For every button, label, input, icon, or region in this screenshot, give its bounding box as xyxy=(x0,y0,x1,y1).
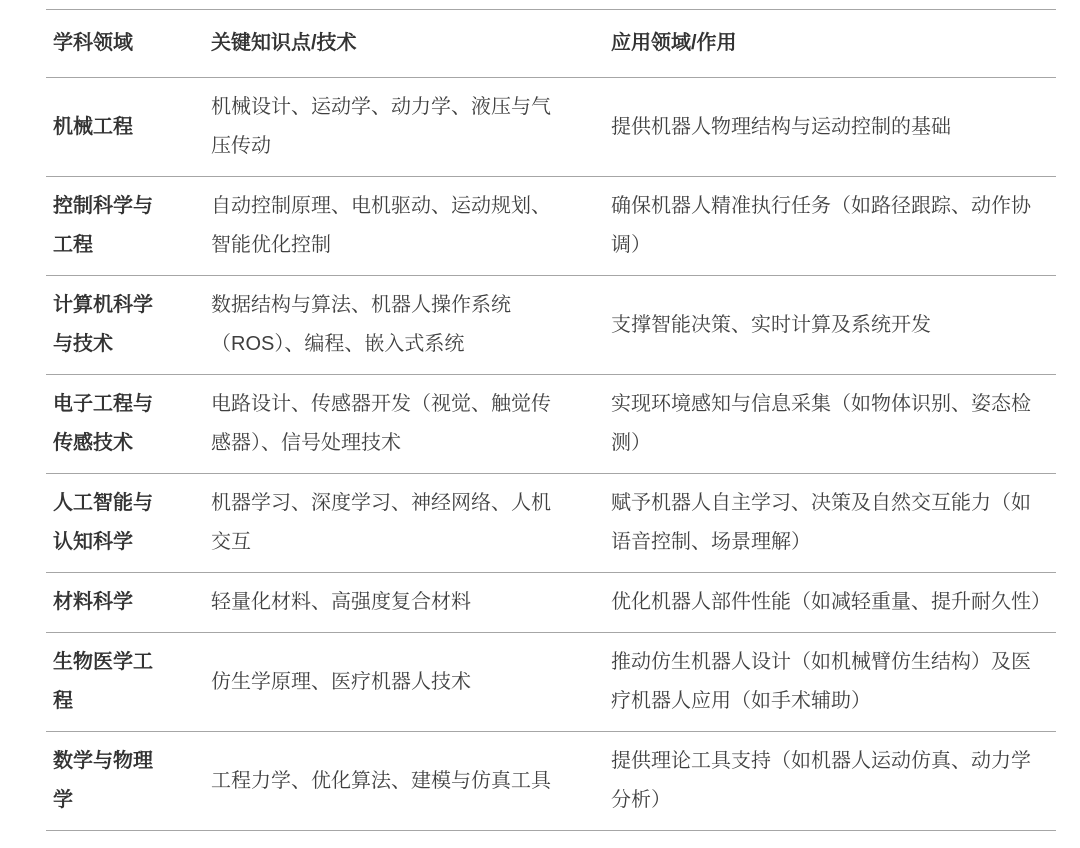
table-header-row: 学科领域 关键知识点/技术 应用领域/作用 xyxy=(46,10,1056,78)
knowledge-cell: 自动控制原理、电机驱动、运动规划、智能优化控制 xyxy=(204,177,604,276)
table-row: 材料科学 轻量化材料、高强度复合材料 优化机器人部件性能（如减轻重量、提升耐久性… xyxy=(46,573,1056,633)
application-cell: 提供理论工具支持（如机器人运动仿真、动力学分析） xyxy=(604,732,1056,831)
page: 学科领域 关键知识点/技术 应用领域/作用 机械工程 机械设计、运动学、动力学、… xyxy=(0,0,1080,848)
knowledge-cell: 数据结构与算法、机器人操作系统（ROS）、编程、嵌入式系统 xyxy=(204,276,604,375)
knowledge-cell: 工程力学、优化算法、建模与仿真工具 xyxy=(204,732,604,831)
column-header-knowledge: 关键知识点/技术 xyxy=(204,10,604,78)
application-cell: 实现环境感知与信息采集（如物体识别、姿态检测） xyxy=(604,375,1056,474)
field-cell: 控制科学与工程 xyxy=(46,177,204,276)
field-cell: 电子工程与传感技术 xyxy=(46,375,204,474)
table-row: 控制科学与工程 自动控制原理、电机驱动、运动规划、智能优化控制 确保机器人精准执… xyxy=(46,177,1056,276)
application-cell: 赋予机器人自主学习、决策及自然交互能力（如语音控制、场景理解） xyxy=(604,474,1056,573)
application-cell: 提供机器人物理结构与运动控制的基础 xyxy=(604,78,1056,177)
application-cell: 支撑智能决策、实时计算及系统开发 xyxy=(604,276,1056,375)
application-cell: 优化机器人部件性能（如减轻重量、提升耐久性） xyxy=(604,573,1056,633)
column-header-field: 学科领域 xyxy=(46,10,204,78)
knowledge-cell: 机器学习、深度学习、神经网络、人机交互 xyxy=(204,474,604,573)
table-row: 电子工程与传感技术 电路设计、传感器开发（视觉、触觉传感器）、信号处理技术 实现… xyxy=(46,375,1056,474)
table-row: 人工智能与认知科学 机器学习、深度学习、神经网络、人机交互 赋予机器人自主学习、… xyxy=(46,474,1056,573)
knowledge-cell: 仿生学原理、医疗机器人技术 xyxy=(204,633,604,732)
field-cell: 机械工程 xyxy=(46,78,204,177)
table-row: 机械工程 机械设计、运动学、动力学、液压与气压传动 提供机器人物理结构与运动控制… xyxy=(46,78,1056,177)
table-row: 数学与物理学 工程力学、优化算法、建模与仿真工具 提供理论工具支持（如机器人运动… xyxy=(46,732,1056,831)
field-cell: 数学与物理学 xyxy=(46,732,204,831)
application-cell: 确保机器人精准执行任务（如路径跟踪、动作协调） xyxy=(604,177,1056,276)
field-cell: 人工智能与认知科学 xyxy=(46,474,204,573)
table-row: 生物医学工程 仿生学原理、医疗机器人技术 推动仿生机器人设计（如机械臂仿生结构）… xyxy=(46,633,1056,732)
knowledge-cell: 电路设计、传感器开发（视觉、触觉传感器）、信号处理技术 xyxy=(204,375,604,474)
application-cell: 推动仿生机器人设计（如机械臂仿生结构）及医疗机器人应用（如手术辅助） xyxy=(604,633,1056,732)
field-cell: 生物医学工程 xyxy=(46,633,204,732)
field-cell: 计算机科学与技术 xyxy=(46,276,204,375)
table-row: 计算机科学与技术 数据结构与算法、机器人操作系统（ROS）、编程、嵌入式系统 支… xyxy=(46,276,1056,375)
knowledge-cell: 机械设计、运动学、动力学、液压与气压传动 xyxy=(204,78,604,177)
field-cell: 材料科学 xyxy=(46,573,204,633)
disciplines-table: 学科领域 关键知识点/技术 应用领域/作用 机械工程 机械设计、运动学、动力学、… xyxy=(46,9,1056,831)
column-header-application: 应用领域/作用 xyxy=(604,10,1056,78)
knowledge-cell: 轻量化材料、高强度复合材料 xyxy=(204,573,604,633)
